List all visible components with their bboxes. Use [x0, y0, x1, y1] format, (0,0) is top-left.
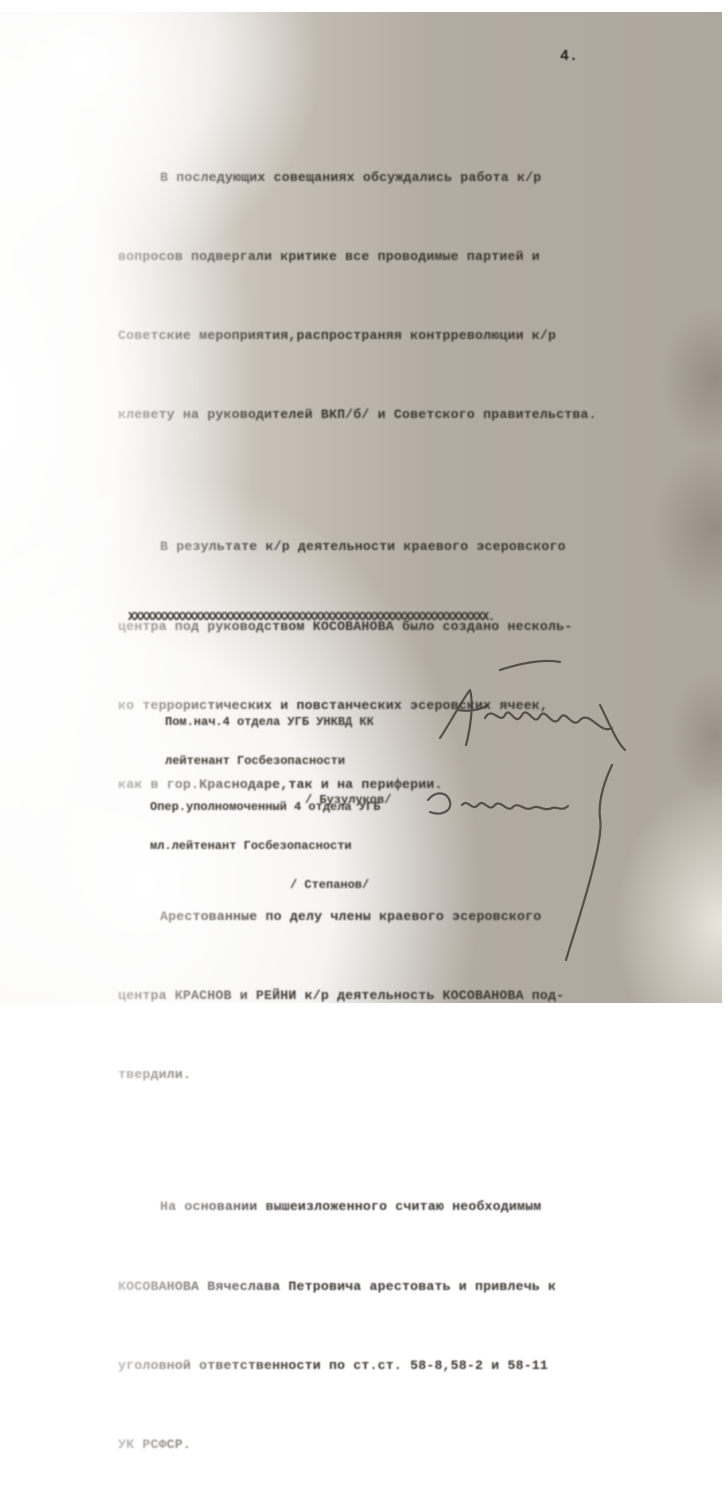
- paragraph-meetings: В последующих совещаниях обсуждались раб…: [118, 112, 713, 482]
- text-line: В результате к/р деятельности краевого э…: [118, 534, 713, 560]
- signature-block-2: Опер.уполномоченный 4 отдела УГБ мл.лейт…: [150, 775, 380, 905]
- text-line: вопросов подвергали критике все проводим…: [118, 244, 713, 270]
- signer-title: Опер.уполномоченный 4 отдела УГБ: [150, 801, 380, 814]
- signer-title: Пом.нач.4 отдела УГБ УНКВД КК: [165, 716, 391, 729]
- page-number: 4.: [560, 48, 578, 65]
- text-line: Советские мероприятия,распространяя конт…: [118, 323, 713, 349]
- text-line: В последующих совещаниях обсуждались раб…: [118, 165, 713, 191]
- text-line: Арестованные по делу члены краевого эсер…: [118, 904, 713, 930]
- text-line: клевету на руководителей ВКП/б/ и Советс…: [118, 402, 713, 428]
- separator-line: ХХХХХХХХХХХХХХХХХХХХХХХХХХХХХХХХХХХХХХХХ…: [128, 610, 708, 624]
- signer-name: / Степанов/: [150, 879, 380, 892]
- signer-rank: лейтенант Госбезопасности: [165, 755, 391, 768]
- text-line: центра КРАСНОВ и РЕЙНИ к/р деятельность …: [118, 983, 713, 1009]
- signer-rank: мл.лейтенант Госбезопасности: [150, 840, 380, 853]
